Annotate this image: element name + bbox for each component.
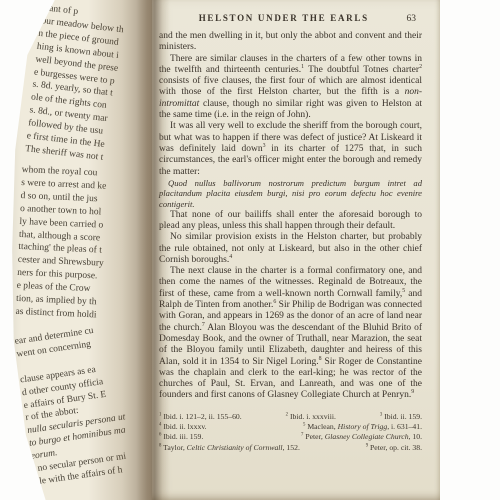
footnote: 1 Ibid. i. 121–2, ii. 155–60.	[159, 412, 242, 422]
right-page: HELSTON UNDER THE EARLS 63 and the men d…	[152, 0, 440, 500]
footnote: 7 Peter, Glasney Collegiate Church, 10.	[301, 432, 422, 442]
left-page-fragment-middle: whom the royal cous were to arrest and k…	[15, 164, 152, 329]
latin-quote: Quod nullus ballivorum nostrorum predict…	[159, 178, 422, 210]
page-number: 63	[407, 14, 417, 24]
body-paragraph: The next clause in the charter is a form…	[159, 266, 422, 402]
book-photo: grant of p'our meadow below thn the piec…	[0, 0, 500, 500]
left-page-fragment-top: grant of p'our meadow below thn the piec…	[24, 2, 152, 182]
body-paragraph: No similar provision exists in the Helst…	[159, 232, 422, 266]
body-paragraph: It was all very well to exclude the sher…	[159, 121, 422, 177]
left-page: grant of p'our meadow below thn the piec…	[0, 0, 152, 500]
footnote: 2 Ibid. i. xxxviii.	[286, 412, 336, 422]
left-page-fragment-bottom: ear and determine cuwent on concerning c…	[14, 303, 152, 489]
running-title: HELSTON UNDER THE EARLS	[161, 13, 407, 23]
footnote-row: 8 Taylor, Celtic Christianity of Cornwal…	[159, 443, 422, 453]
footnote: 4 Ibid. ii. lxxxv.	[159, 422, 207, 432]
footnote: 8 Taylor, Celtic Christianity of Cornwal…	[159, 443, 300, 453]
body-paragraph: and the men dwelling in it, but only the…	[159, 31, 422, 54]
page-body: and the men dwelling in it, but only the…	[159, 31, 422, 402]
footnote: 5 Maclean, History of Trigg, i. 631–41.	[303, 422, 422, 432]
body-paragraph: There are similar clauses in the charter…	[159, 54, 422, 122]
quote-translation: That none of our bailiffs shall enter th…	[159, 210, 422, 233]
footnote: 6 Ibid. iii. 159.	[159, 432, 203, 442]
footnote-row: 4 Ibid. ii. lxxxv. 5 Maclean, History of…	[159, 422, 422, 432]
footnotes-section: 1 Ibid. i. 121–2, ii. 155–60. 2 Ibid. i.…	[159, 412, 422, 453]
footnote: 3 Ibid. ii. 159.	[380, 412, 422, 422]
footnote-row: 6 Ibid. iii. 159. 7 Peter, Glasney Colle…	[159, 432, 422, 442]
footnote-row: 1 Ibid. i. 121–2, ii. 155–60. 2 Ibid. i.…	[159, 412, 422, 422]
page-header: HELSTON UNDER THE EARLS 63	[159, 13, 422, 24]
footnote: 9 Peter, op. cit. 38.	[366, 443, 422, 453]
